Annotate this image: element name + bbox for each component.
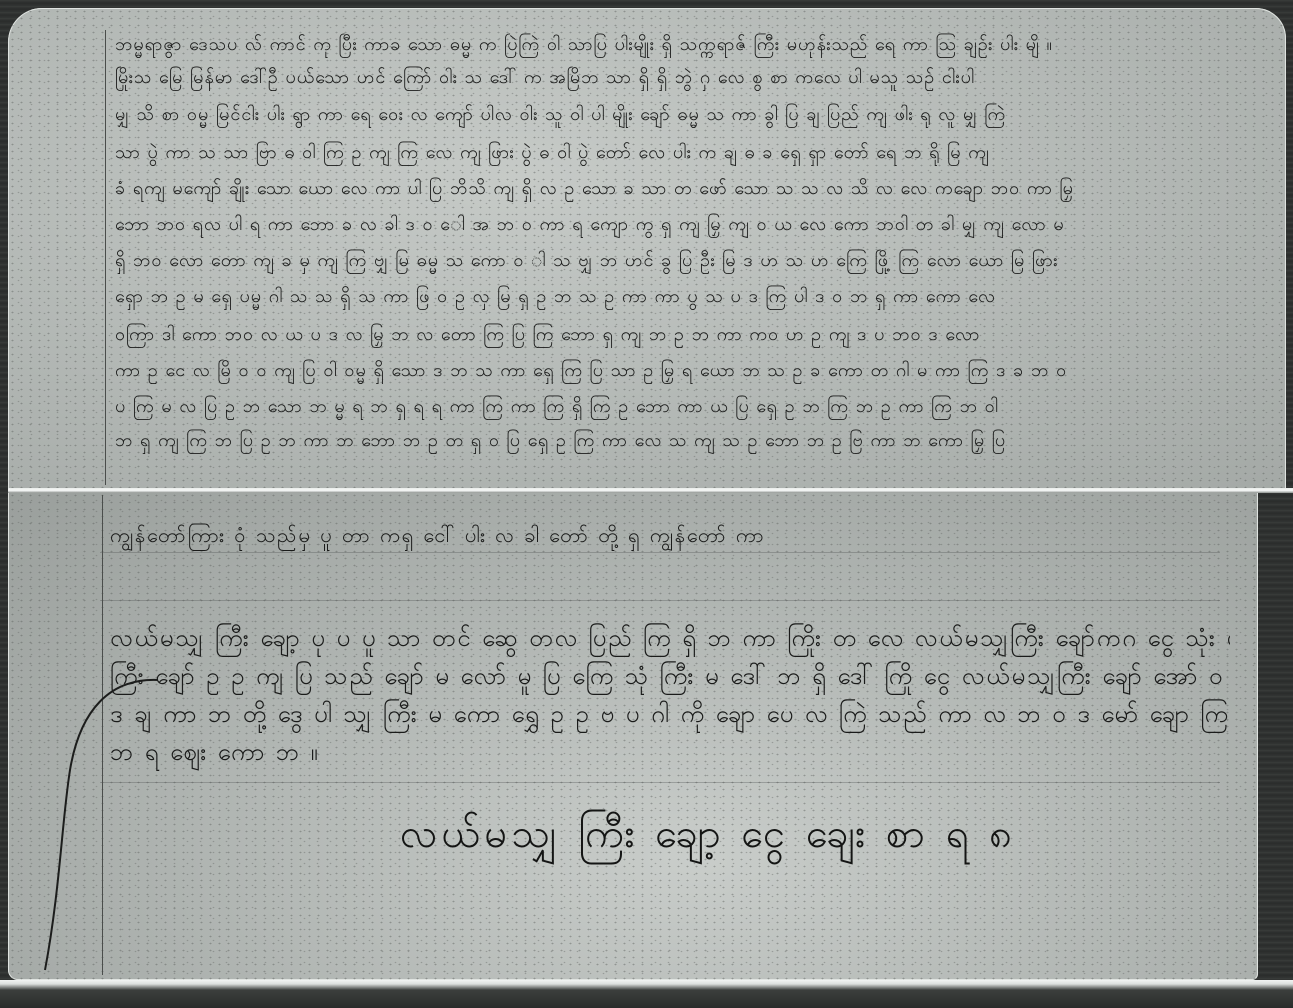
text-line: ဒ ချ ကာ ဘ တို့ ဒွေ ပါ သျှ ကြီး မ ကော ရွှ… — [110, 698, 1230, 734]
text-line: ဘ ရ ဈေး ကော ဘ ။ — [110, 736, 1230, 772]
text-line: ရှိ ဘဝ လော တော ကျ ခ မှ ကျ ကြ ဗျှ မြ ဓမ္မ… — [115, 248, 1255, 275]
ruled-line — [100, 552, 1220, 553]
paper-bottom-edge — [0, 980, 1293, 1008]
text-line: ဘော ဘဝ ရလ ပါ ရ ကာ ဘော ခ လ ခါ ဒ ဝ ေါ အ ဘ … — [115, 212, 1255, 239]
ruled-line — [100, 782, 1220, 783]
left-margin-rule-upper — [105, 30, 106, 485]
text-line: မြိုးသ မြေ မြန်မာ ဒေါ်ဦ ပယ်သော ဟင် ကြော်… — [115, 65, 1255, 92]
text-line: ခံ ရကျ မကျော် ချိုး သော ယော လေ ကာ ပါ ပြ … — [115, 176, 1255, 203]
text-line: ဝကြာ ဒါ ကော ဘဝ လ ယ ပ ဒ လ မြှ ဘ လ တော ကြ … — [115, 322, 1255, 349]
text-line: ပ ကြ မ လ ပြ ဥ ဘ သော ဘ မ္မ ရ ဘ ရှ ရ ရ ကာ … — [115, 394, 1255, 421]
text-line: မျှ သိ စာ ဝမ္မ မြင်ငါး ပါး ရွာ ကာ ရေ ဝေး… — [115, 102, 1255, 129]
text-line: ကာ ဥ ငေ လ မြိ ဝ ဝ ကျ ပြ ဝါ ဝမ္မ ရှိ သော … — [115, 358, 1255, 385]
text-line: ကြီး ချော် ဥ ဥ ကျ ပြ သည် ချော် မ လော် မူ… — [110, 660, 1230, 696]
text-line: ရှော ဘ ဥ မ ရှေ ပမ္မ ဂါ သ သ ရှိ သ ကာ ဖြ ဝ… — [115, 284, 1255, 311]
pen-stroke-curve — [40, 650, 160, 980]
text-line: လယ်မသျှ ကြီး ချော့ ပု ပ ပူ သာ တင် ဆွေ တလ… — [110, 622, 1230, 658]
text-line: ဘမ္မရာဇွာ ဒေသပ လ် ကာင် ကု ပြီး ကာခ သော ဓ… — [115, 32, 1255, 59]
lower-single-line: ကျွန်တော်ကြား ဝုံ သည်မှ ပူ တာ ကရှ ငေါ် ပ… — [110, 522, 766, 552]
ruled-line — [100, 600, 1220, 601]
document-title-signature: လယ်မသျှ ကြီး ချော့ ငွေ ချေး စာ ရ ၈ — [400, 808, 1016, 867]
text-line: သာ ပွဲ ကာ သ သာ ဗြာ ဓ ဝါ ကြ ဥ ကျ ကြ လေ ကျ… — [115, 140, 1255, 167]
fold-line — [8, 488, 1293, 493]
text-line: ဘ ရှ ကျ ကြ ဘ ပြ ဥ ဘ ကာ ဘ ဘော ဘ ဥ တ ရှ ဝ … — [115, 428, 1255, 455]
